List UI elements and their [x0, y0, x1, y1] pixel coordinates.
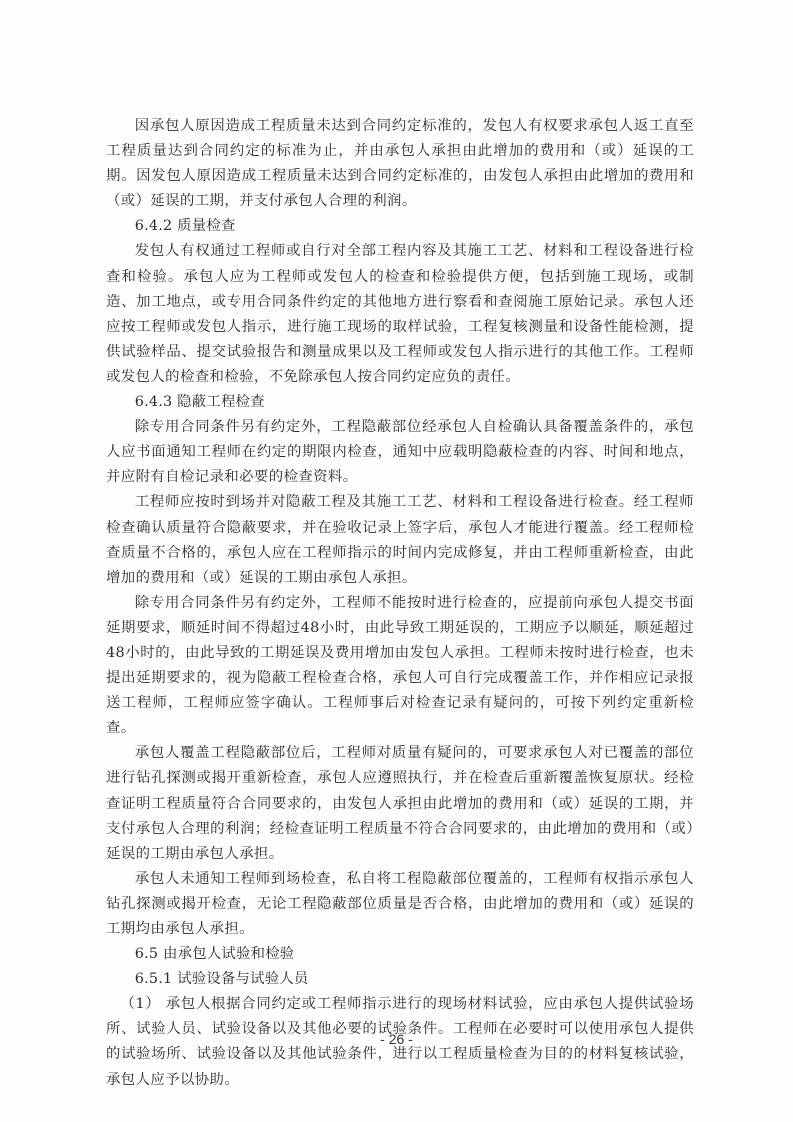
section-heading-6-4-3: 6.4.3 隐蔽工程检查 — [106, 390, 694, 415]
paragraph-reinspection: 承包人覆盖工程隐蔽部位后，工程师对质量有疑问的，可要求承包人对已覆盖的部位进行钻… — [106, 741, 694, 866]
paragraph-quality-responsibility: 因承包人原因造成工程质量未达到合同约定标准的，发包人有权要求承包人返工直至工程质… — [106, 114, 694, 214]
paragraph-inspection-delay: 除专用合同条件另有约定外，工程师不能按时进行检查的，应提前向承包人提交书面延期要… — [106, 591, 694, 742]
section-heading-6-4-2: 6.4.2 质量检查 — [106, 214, 694, 239]
page-number: - 26 - — [0, 1031, 793, 1047]
paragraph-engineer-inspection: 工程师应按时到场并对隐蔽工程及其施工工艺、材料和工程设备进行检查。经工程师检查确… — [106, 490, 694, 590]
paragraph-unauthorized-cover: 承包人未通知工程师到场检查，私自将工程隐蔽部位覆盖的，工程师有权指示承包人钻孔探… — [106, 867, 694, 942]
document-page: 因承包人原因造成工程质量未达到合同约定标准的，发包人有权要求承包人返工直至工程质… — [106, 114, 694, 1093]
section-heading-6-5: 6.5 由承包人试验和检验 — [106, 942, 694, 967]
section-heading-6-5-1: 6.5.1 试验设备与试验人员 — [106, 967, 694, 992]
paragraph-quality-inspection: 发包人有权通过工程师或自行对全部工程内容及其施工工艺、材料和工程设备进行检查和检… — [106, 239, 694, 390]
paragraph-concealed-notice: 除专用合同条件另有约定外，工程隐蔽部位经承包人自检确认具备覆盖条件的，承包人应书… — [106, 415, 694, 490]
